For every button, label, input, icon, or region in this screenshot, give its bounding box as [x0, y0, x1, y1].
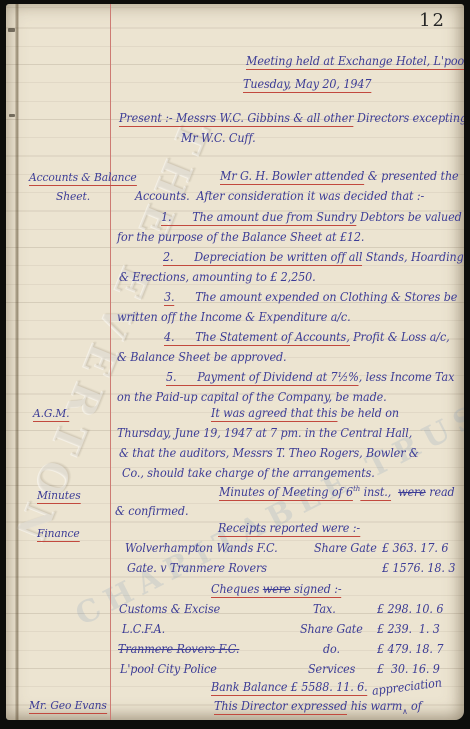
handwriting-segment: appreciation: [371, 675, 442, 697]
body-line: for the purpose of the Balance Sheet at …: [117, 230, 364, 244]
handwriting-segment: Mr. Geo Evans: [29, 698, 107, 714]
handwriting-segment: 1. The amount due from Sundry: [161, 210, 357, 226]
handwriting-segment: It was agreed that this: [211, 406, 337, 422]
present-line-2: Mr W.C. Cuff.: [181, 131, 256, 145]
inserted-word: appreciation: [371, 675, 442, 697]
binding-gutter: [15, 4, 19, 720]
handwriting-segment: This Director expressed: [214, 699, 347, 715]
red-margin-rule: [110, 4, 111, 720]
handwriting-segment: Customs & Excise: [119, 602, 220, 616]
body-line: Mr G. H. Bowler attended & presented the: [220, 169, 459, 183]
cheque-row-amount: £ 239. 1. 3: [377, 622, 440, 636]
handwriting-segment: 4. The Statement of Accounts,: [164, 330, 350, 346]
handwriting-segment: & Balance Sheet be approved.: [117, 350, 287, 364]
handwriting-segment: £ 479. 18. 7: [377, 642, 443, 656]
handwriting-segment: Meeting held at Exchange Hotel, L'pool,: [246, 54, 464, 70]
handwriting-segment: signed :-: [291, 582, 342, 598]
handwriting-segment: Thursday, June 19, 1947 at 7 pm. in the …: [117, 426, 412, 440]
handwriting-segment: Present :- Messrs W.C. Gibbins & all oth…: [119, 111, 354, 127]
page-number: 12: [419, 10, 446, 31]
handwriting-segment: of: [408, 699, 422, 713]
handwriting-segment: 2. Depreciation be written off all: [163, 250, 362, 266]
cheque-row-amount: £ 30. 16. 9: [377, 662, 440, 676]
margin-finance: Finance: [37, 526, 80, 540]
handwriting-segment: Tax.: [313, 602, 336, 616]
handwriting-segment: th: [353, 484, 360, 493]
item-4: 4. The Statement of Accounts, Profit & L…: [164, 330, 450, 344]
handwriting-segment: Finance: [37, 526, 80, 542]
item-3: 3. The amount expended on Clothing & Sto…: [164, 290, 457, 304]
handwriting-segment: & confirmed.: [115, 504, 188, 518]
receipt-row-amount: £ 363. 17. 6: [382, 541, 448, 555]
margin-agm: A.G.M.: [33, 406, 69, 420]
handwriting-segment: were: [398, 485, 426, 499]
handwriting-segment: inst.,: [360, 485, 391, 501]
handwriting-segment: The amount expended on Clothing & Stores…: [174, 290, 457, 304]
receipt-row-name: Gate. v Tranmere Rovers: [127, 561, 267, 575]
cheque-row-name: Tranmere Rovers F.C.: [118, 642, 239, 656]
handwriting-segment: Bank Balance £ 5588. 11. 6.: [211, 680, 368, 696]
cheque-row-label: do.: [323, 642, 340, 656]
cheque-row-label: Services: [308, 662, 355, 676]
cheque-row-label: Share Gate: [300, 622, 363, 636]
body-line: Minutes of Meeting of 6th inst., were re…: [219, 484, 455, 499]
cheque-row-name: L'pool City Police: [120, 662, 217, 676]
body-line: Accounts. After consideration it was dec…: [135, 189, 424, 203]
handwriting-segment: Mr G. H. Bowler attended: [220, 169, 364, 185]
handwriting-segment: Share Gate: [300, 622, 363, 636]
binding-mark: [8, 28, 15, 32]
handwriting-segment: written off the Income & Expenditure a/c…: [117, 310, 351, 324]
body-line: Cheques were signed :-: [211, 582, 342, 596]
handwriting-segment: were: [263, 582, 291, 598]
handwriting-segment: , less Income Tax: [359, 370, 455, 384]
handwriting-segment: £ 298. 10. 6: [377, 602, 443, 616]
bank-balance-line: Bank Balance £ 5588. 11. 6.: [211, 680, 368, 694]
handwriting-segment: Directors excepting: [354, 111, 464, 125]
heading-meeting-date: Tuesday, May 20, 1947: [243, 77, 371, 91]
handwriting-segment: £ 239. 1. 3: [377, 622, 440, 636]
handwriting-segment: Co., should take charge of the arrangeme…: [122, 466, 375, 480]
body-line: & confirmed.: [115, 504, 188, 518]
binding-mark: [9, 114, 15, 117]
handwriting-segment: Tuesday, May 20, 1947: [243, 77, 371, 93]
paper: THE EVERTON CHARITABLE TRUST 12 Meeting …: [6, 4, 464, 720]
item-2: 2. Depreciation be written off all Stand…: [163, 250, 464, 264]
handwriting-segment: & Erections, amounting to £ 2,250.: [119, 270, 316, 284]
scanned-minute-book-photo: THE EVERTON CHARITABLE TRUST 12 Meeting …: [0, 0, 470, 729]
handwriting-segment: & presented the: [364, 169, 458, 183]
heading-meeting-location: Meeting held at Exchange Hotel, L'pool,: [246, 54, 464, 68]
body-line: Thursday, June 19, 1947 at 7 pm. in the …: [117, 426, 412, 440]
handwriting-segment: Debtors be valued: [357, 210, 462, 224]
margin-accounts: Accounts & Balance: [29, 170, 137, 184]
handwriting-segment: A.G.M.: [33, 406, 69, 422]
receipt-row-label: Share Gate: [314, 541, 377, 555]
handwriting-segment: 5. Payment of Dividend at 7½%: [166, 370, 359, 386]
cheque-row-name: L.C.F.A.: [122, 622, 165, 636]
handwriting-segment: 3.: [164, 290, 174, 306]
handwriting-segment: Accounts & Balance: [29, 170, 137, 186]
cheque-row-amount: £ 298. 10. 6: [377, 602, 443, 616]
handwriting-segment: Minutes of Meeting of 6: [219, 485, 353, 501]
handwriting-segment: £ 30. 16. 9: [377, 662, 440, 676]
body-line: Receipts reported were :-: [218, 521, 360, 535]
body-line: on the Paid-up capital of the Company, b…: [117, 390, 387, 404]
handwriting-segment: Share Gate: [314, 541, 377, 555]
handwriting-segment: Accounts. After consideration it was dec…: [135, 189, 424, 203]
handwriting-segment: Cheques: [211, 582, 263, 598]
handwriting-segment: his warm: [347, 699, 402, 713]
item-1: 1. The amount due from Sundry Debtors be…: [161, 210, 462, 224]
handwriting-segment: Stands, Hoardings,: [362, 250, 464, 264]
margin-minutes: Minutes: [37, 488, 81, 502]
cheque-row-name: Customs & Excise: [119, 602, 220, 616]
handwriting-segment: ∧: [402, 707, 407, 716]
handwriting-segment: Services: [308, 662, 355, 676]
handwriting-segment: L'pool City Police: [120, 662, 217, 676]
handwriting-segment: L.C.F.A.: [122, 622, 165, 636]
handwriting-segment: be held on: [337, 406, 399, 420]
body-line: & Balance Sheet be approved.: [117, 350, 287, 364]
handwriting-segment: Wolverhampton Wands F.C.: [125, 541, 278, 555]
item-5: 5. Payment of Dividend at 7½%, less Inco…: [166, 370, 454, 384]
cheque-row-amount: £ 479. 18. 7: [377, 642, 443, 656]
body-line: This Director expressed his warm∧ of: [214, 699, 422, 713]
handwriting-segment: [391, 485, 398, 499]
receipt-row-amount: £ 1576. 18. 3: [382, 561, 455, 575]
margin-accounts-2: Sheet.: [56, 189, 90, 203]
handwriting-segment: for the purpose of the Balance Sheet at …: [117, 230, 364, 244]
receipt-row-name: Wolverhampton Wands F.C.: [125, 541, 278, 555]
handwriting-segment: Tranmere Rovers F.C.: [118, 642, 239, 656]
body-line: written off the Income & Expenditure a/c…: [117, 310, 351, 324]
handwriting-segment: Receipts reported were :-: [218, 521, 360, 537]
cheque-row-label: Tax.: [313, 602, 336, 616]
margin-evans: Mr. Geo Evans: [29, 698, 107, 712]
handwriting-segment: do.: [323, 642, 340, 656]
body-line: It was agreed that this be held on: [211, 406, 399, 420]
body-line: Co., should take charge of the arrangeme…: [122, 466, 375, 480]
handwriting-segment: Mr W.C. Cuff.: [181, 131, 256, 145]
handwriting-segment: Sheet.: [56, 189, 90, 203]
body-line: & Erections, amounting to £ 2,250.: [119, 270, 316, 284]
handwriting-segment: on the Paid-up capital of the Company, b…: [117, 390, 387, 404]
handwriting-segment: Minutes: [37, 488, 81, 504]
handwriting-segment: £ 363. 17. 6: [382, 541, 448, 555]
handwriting-segment: Gate. v Tranmere Rovers: [127, 561, 267, 575]
handwriting-segment: Profit & Loss a/c,: [350, 330, 450, 344]
handwriting-segment: read: [426, 485, 455, 499]
handwriting-segment: £ 1576. 18. 3: [382, 561, 455, 575]
body-line: & that the auditors, Messrs T. Theo Roge…: [119, 446, 419, 460]
handwriting-segment: & that the auditors, Messrs T. Theo Roge…: [119, 446, 419, 460]
present-line: Present :- Messrs W.C. Gibbins & all oth…: [119, 111, 464, 125]
